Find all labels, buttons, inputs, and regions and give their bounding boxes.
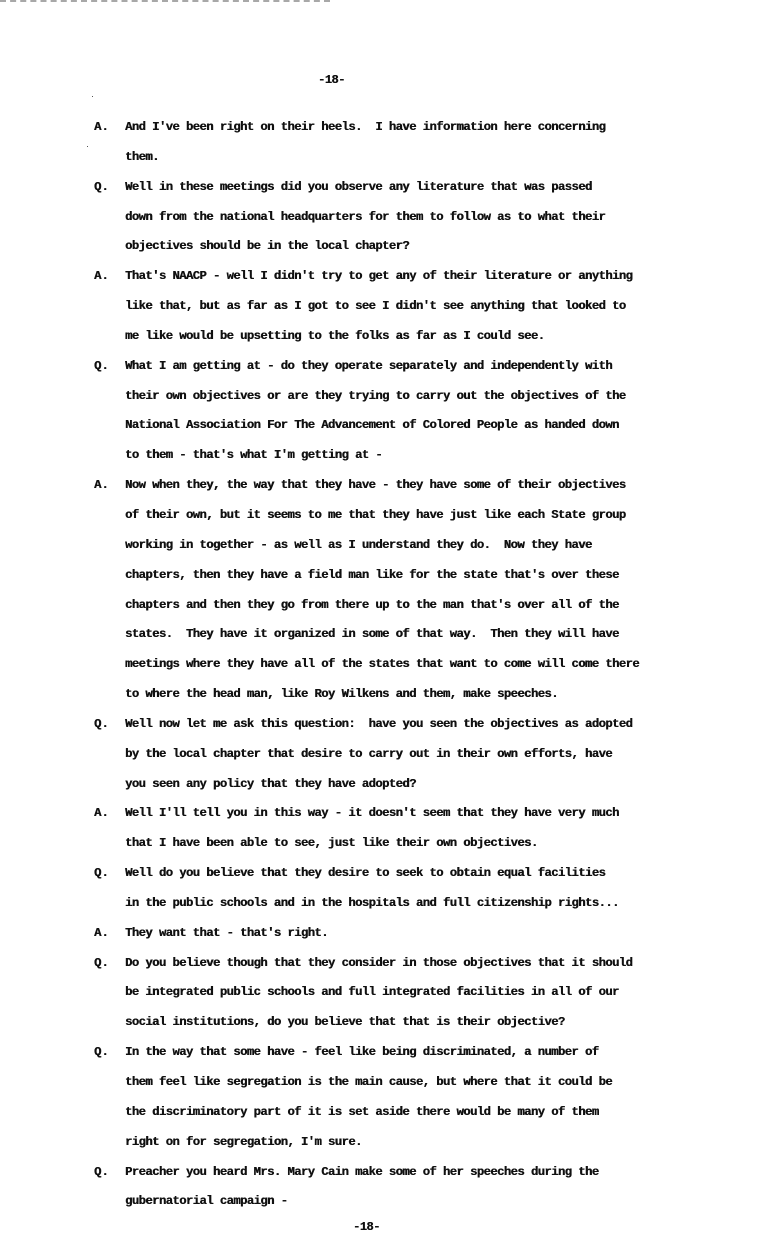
text-line: that I have been able to see, just like … [125, 829, 714, 859]
speaker-label: Q. [94, 1038, 125, 1068]
text-line: working in together - as well as I under… [125, 531, 714, 561]
text-line: like that, but as far as I got to see I … [125, 292, 714, 322]
text-line: Well in these meetings did you observe a… [125, 173, 714, 203]
text-line: to them - that's what I'm getting at - [125, 441, 714, 471]
text-line: right on for segregation, I'm sure. [125, 1128, 714, 1158]
text-line: of their own, but it seems to me that th… [125, 501, 714, 531]
text-line: to where the head man, like Roy Wilkens … [125, 680, 714, 710]
text-line: states. They have it organized in some o… [125, 620, 714, 650]
speaker-label: A. [94, 471, 125, 501]
speaker-label: Q. [94, 1158, 125, 1188]
entry-text: That's NAACP - well I didn't try to get … [125, 262, 714, 352]
entry-text: Well I'll tell you in this way - it does… [125, 799, 714, 859]
entry-text: Do you believe though that they consider… [125, 949, 714, 1039]
speaker-label: Q. [94, 859, 125, 889]
text-line: What I am getting at - do they operate s… [125, 352, 714, 382]
speaker-label: Q. [94, 710, 125, 740]
speaker-label: Q. [94, 949, 125, 979]
text-line: Well I'll tell you in this way - it does… [125, 799, 714, 829]
speaker-label: Q. [94, 173, 125, 203]
transcript-entry-question: Q. Well do you believe that they desire … [94, 859, 714, 919]
entry-text: In the way that some have - feel like be… [125, 1038, 714, 1157]
text-line: you seen any policy that they have adopt… [125, 770, 714, 800]
transcript-entry-answer: A. Well I'll tell you in this way - it d… [94, 799, 714, 859]
text-line: Do you believe though that they consider… [125, 949, 714, 979]
text-line: National Association For The Advancement… [125, 411, 714, 441]
speaker-label: A. [94, 919, 125, 949]
transcript-entry-question: Q. Well in these meetings did you observ… [94, 173, 714, 263]
speaker-label: A. [94, 799, 125, 829]
entry-text: Well do you believe that they desire to … [125, 859, 714, 919]
text-line: And I've been right on their heels. I ha… [125, 113, 714, 143]
text-line: me like would be upsetting to the folks … [125, 322, 714, 352]
entry-text: Well in these meetings did you observe a… [125, 173, 714, 263]
text-line: chapters, then they have a field man lik… [125, 561, 714, 591]
speaker-label: A. [94, 262, 125, 292]
entry-text: And I've been right on their heels. I ha… [125, 113, 714, 173]
text-line: in the public schools and in the hospita… [125, 889, 714, 919]
scan-speck [87, 146, 88, 147]
entry-text: What I am getting at - do they operate s… [125, 352, 714, 471]
transcript-entry-question: Q. Do you believe though that they consi… [94, 949, 714, 1039]
footer-page-number: -18- [353, 1220, 380, 1234]
transcript-entry-answer: A. And I've been right on their heels. I… [94, 113, 714, 173]
text-line: They want that - that's right. [125, 919, 714, 949]
text-line: them. [125, 143, 714, 173]
text-line: chapters and then they go from there up … [125, 591, 714, 621]
text-line: Preacher you heard Mrs. Mary Cain make s… [125, 1158, 714, 1188]
entry-text: Well now let me ask this question: have … [125, 710, 714, 800]
text-line: objectives should be in the local chapte… [125, 232, 714, 262]
transcript-body: A. And I've been right on their heels. I… [94, 113, 714, 1217]
text-line: gubernatorial campaign - [125, 1187, 714, 1217]
scan-speck [92, 96, 93, 97]
header-page-number: -18- [318, 73, 345, 87]
transcript-entry-question: Q. Preacher you heard Mrs. Mary Cain mak… [94, 1158, 714, 1218]
text-line: In the way that some have - feel like be… [125, 1038, 714, 1068]
transcript-entry-question: Q. Well now let me ask this question: ha… [94, 710, 714, 800]
text-line: down from the national headquarters for … [125, 203, 714, 233]
entry-text: Preacher you heard Mrs. Mary Cain make s… [125, 1158, 714, 1218]
transcript-entry-question: Q. In the way that some have - feel like… [94, 1038, 714, 1157]
text-line: That's NAACP - well I didn't try to get … [125, 262, 714, 292]
entry-text: They want that - that's right. [125, 919, 714, 949]
text-line: be integrated public schools and full in… [125, 978, 714, 1008]
text-line: Well do you believe that they desire to … [125, 859, 714, 889]
transcript-entry-answer: A. They want that - that's right. [94, 919, 714, 949]
speaker-label: A. [94, 113, 125, 143]
text-line: meetings where they have all of the stat… [125, 650, 714, 680]
transcript-entry-answer: A. That's NAACP - well I didn't try to g… [94, 262, 714, 352]
speaker-label: Q. [94, 352, 125, 382]
transcript-entry-answer: A. Now when they, the way that they have… [94, 471, 714, 710]
text-line: Now when they, the way that they have - … [125, 471, 714, 501]
text-line: the discriminatory part of it is set asi… [125, 1098, 714, 1128]
text-line: them feel like segregation is the main c… [125, 1068, 714, 1098]
scan-edge-dotted-line [0, 0, 330, 2]
text-line: by the local chapter that desire to carr… [125, 740, 714, 770]
text-line: their own objectives or are they trying … [125, 382, 714, 412]
text-line: Well now let me ask this question: have … [125, 710, 714, 740]
text-line: social institutions, do you believe that… [125, 1008, 714, 1038]
entry-text: Now when they, the way that they have - … [125, 471, 714, 710]
transcript-entry-question: Q. What I am getting at - do they operat… [94, 352, 714, 471]
